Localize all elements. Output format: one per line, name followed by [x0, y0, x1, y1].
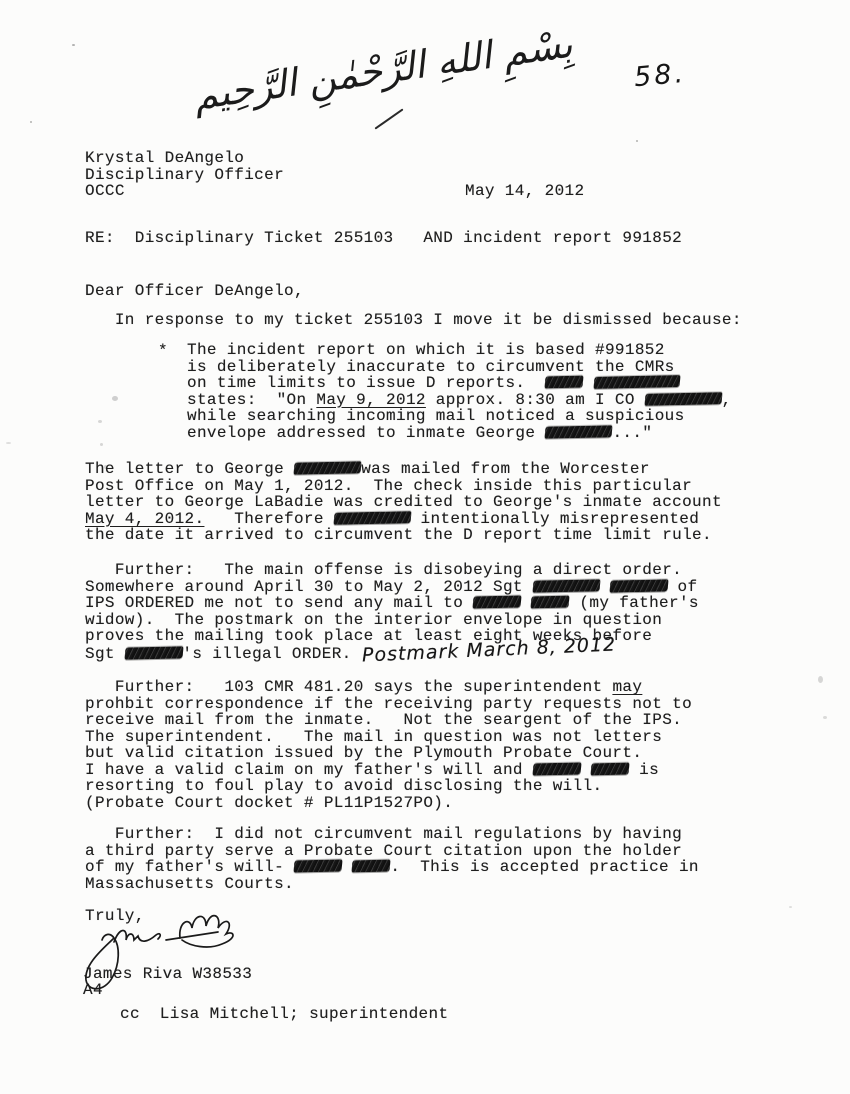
redacted-name-scribble [545, 425, 613, 438]
bullet-asterisk: * [158, 342, 168, 360]
typed-text-line: on time limits to issue D reports. [187, 375, 732, 392]
typed-text-line: May 4, 2012. Therefore intentionally mis… [85, 511, 722, 528]
scan-artifact [789, 906, 792, 908]
typed-text-line: resorting to foul play to avoid disclosi… [85, 778, 692, 795]
redacted-name-scribble [590, 762, 629, 775]
signer-name: James Riva W38533 [83, 966, 252, 983]
typed-text-line: states: "On May 9, 2012 approx. 8:30 am … [187, 392, 732, 409]
redacted-name-scribble [532, 579, 600, 592]
underlined-text: May 9, 2012 [316, 391, 425, 409]
paragraph-worcester-letter: The letter to George was mailed from the… [85, 461, 722, 544]
typed-text-line: Further: 103 CMR 481.20 says the superin… [85, 679, 692, 696]
typed-text-line: but valid citation issued by the Plymout… [85, 745, 692, 762]
underlined-text: May 4, 2012. [85, 510, 204, 528]
redacted-name-scribble [293, 859, 342, 872]
scan-artifact [6, 442, 11, 444]
typed-text-line: IPS ORDERED me not to send any mail to (… [85, 595, 699, 612]
typed-text-line: The superintendent. The mail in question… [85, 729, 692, 746]
scan-artifact [823, 716, 827, 719]
valediction: Truly, [85, 908, 145, 925]
handwritten-page-number: 58. [633, 58, 687, 93]
scan-artifact [30, 121, 32, 123]
typed-text-line: of my father's will- . This is accepted … [85, 859, 699, 876]
underlined-text: may [612, 678, 642, 696]
typed-text-line: Further: The main offense is disobeying … [85, 562, 699, 579]
re-subject-line: RE: Disciplinary Ticket 255103 AND incid… [85, 230, 682, 247]
redacted-name-scribble [124, 646, 183, 659]
typed-text-line: envelope addressed to inmate George ..." [187, 425, 732, 442]
scanned-letter-page: بِسْمِ اللهِ الرَّحْمٰنِ الرَّحِيم 58. K… [0, 0, 850, 1094]
cc-line: cc Lisa Mitchell; superintendent [120, 1006, 448, 1023]
handwriting-flourish [375, 108, 404, 129]
recipient-name: Krystal DeAngelo [85, 150, 284, 167]
typed-text-line: Somewhere around April 30 to May 2, 2012… [85, 579, 699, 596]
letter-date: May 14, 2012 [465, 183, 584, 200]
redacted-name-scribble [644, 392, 722, 406]
redacted-name-scribble [473, 595, 522, 608]
redacted-name-scribble [593, 375, 680, 389]
redacted-name-scribble [609, 579, 668, 592]
redacted-name-scribble [532, 762, 581, 775]
typed-text-line: receive mail from the inmate. Not the se… [85, 712, 692, 729]
recipient-title: Disciplinary Officer [85, 167, 284, 184]
recipient-block: Krystal DeAngelo Disciplinary Officer OC… [85, 150, 284, 200]
scan-artifact [100, 443, 103, 446]
paragraph-further-cmr-481: Further: 103 CMR 481.20 says the superin… [85, 679, 692, 811]
typed-text-line: Post Office on May 1, 2012. The check in… [85, 478, 722, 495]
salutation: Dear Officer DeAngelo, [85, 283, 304, 300]
typed-text-line: (Probate Court docket # PL11P1527PO). [85, 795, 692, 812]
typed-text-line: The incident report on which it is based… [187, 342, 732, 359]
typed-text-line: the date it arrived to circumvent the D … [85, 527, 722, 544]
scan-artifact [72, 44, 75, 46]
typed-text-line: is deliberately inaccurate to circumvent… [187, 359, 732, 376]
paragraph-further-direct-order: Further: The main offense is disobeying … [85, 562, 699, 662]
typed-text-line: letter to George LaBadie was credited to… [85, 494, 722, 511]
typed-text-line: widow). The postmark on the interior env… [85, 612, 699, 629]
redacted-name-scribble [545, 376, 584, 389]
arabic-inscription-handwriting: بِسْمِ اللهِ الرَّحْمٰنِ الرَّحِيم [191, 22, 575, 119]
paragraph-further-citation: Further: I did not circumvent mail regul… [85, 826, 699, 892]
scan-artifact [104, 465, 107, 469]
redacted-name-scribble [333, 511, 411, 525]
typed-text-line: Massachusetts Courts. [85, 876, 699, 893]
typed-text-line: Further: I did not circumvent mail regul… [85, 826, 699, 843]
typed-text-line: The letter to George was mailed from the… [85, 461, 722, 478]
redacted-name-scribble [531, 596, 570, 609]
scan-artifact [818, 676, 823, 683]
typed-text-line: while searching incoming mail noticed a … [187, 408, 732, 425]
signer-unit: A4 [83, 982, 103, 999]
scan-artifact [636, 140, 638, 142]
bullet-block: * The incident report on which it is bas… [158, 342, 732, 441]
intro-sentence: In response to my ticket 255103 I move i… [85, 312, 742, 329]
redacted-name-scribble [293, 461, 361, 474]
scan-artifact [98, 420, 102, 423]
typed-text-line: a third party serve a Probate Court cita… [85, 843, 699, 860]
typed-text-line: I have a valid claim on my father's will… [85, 762, 692, 779]
redacted-name-scribble [351, 860, 390, 873]
scan-artifact [112, 396, 118, 401]
typed-text-line: prohbit correspondence if the receiving … [85, 696, 692, 713]
recipient-org: OCCC [85, 183, 284, 200]
typed-text-line: Sgt 's illegal ORDER. Postmark March 8, … [85, 645, 699, 663]
